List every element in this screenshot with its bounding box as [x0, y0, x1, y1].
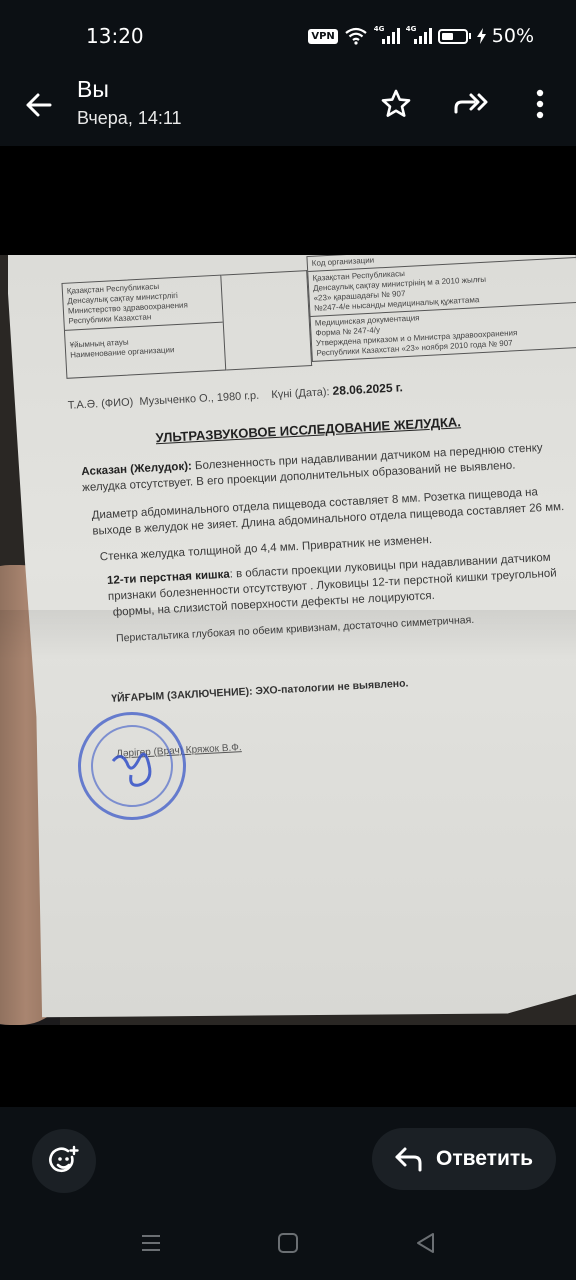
home-button[interactable] [276, 1231, 300, 1255]
photo-message[interactable]: Қазақстан Республикасы Денсаулық сақтау … [0, 255, 576, 1025]
cell-signal-icon-1: 4G [374, 28, 400, 44]
charging-icon [477, 28, 486, 44]
chat-title: Вы [77, 76, 109, 103]
more-options-button[interactable] [522, 86, 558, 122]
system-back-button[interactable] [414, 1231, 438, 1255]
star-icon [378, 86, 414, 122]
back-arrow-icon [22, 88, 56, 122]
cell-signal-icon-2: 4G [406, 28, 432, 44]
reply-bar: Ответить [0, 1107, 576, 1207]
star-button[interactable] [378, 86, 414, 122]
reply-button[interactable]: Ответить [372, 1128, 556, 1190]
system-nav-bar [0, 1207, 576, 1280]
back-button[interactable] [22, 88, 56, 122]
home-square-icon [276, 1231, 300, 1255]
header-middle-cell [221, 270, 312, 370]
more-vert-icon [522, 86, 558, 122]
reply-label: Ответить [436, 1147, 533, 1171]
vpn-icon: VPN [308, 29, 337, 44]
wifi-icon [344, 27, 368, 45]
battery-icon [438, 29, 468, 44]
stamp [78, 712, 186, 820]
menu-icon [139, 1231, 163, 1255]
forward-icon [452, 86, 492, 122]
app-bar: Вы Вчера, 14:11 [0, 70, 576, 146]
back-triangle-icon [414, 1231, 438, 1255]
forward-button[interactable] [452, 86, 488, 122]
add-reaction-button[interactable] [32, 1129, 96, 1193]
add-reaction-icon [48, 1145, 80, 1177]
signature-icon [109, 741, 159, 791]
recents-button[interactable] [139, 1231, 163, 1255]
reply-arrow-icon [394, 1146, 424, 1172]
battery-percent: 50% [492, 25, 534, 47]
header-left-table: Қазақстан Республикасы Денсаулық сақтау … [61, 275, 226, 379]
status-bar: 13:20 VPN 4G 4G 50% [0, 0, 576, 70]
message-timestamp: Вчера, 14:11 [77, 108, 182, 129]
status-time: 13:20 [86, 24, 144, 48]
status-icons: VPN 4G 4G 50% [308, 25, 534, 47]
header-right-table: Код организации Қазақстан Республикасы Д… [306, 255, 576, 362]
